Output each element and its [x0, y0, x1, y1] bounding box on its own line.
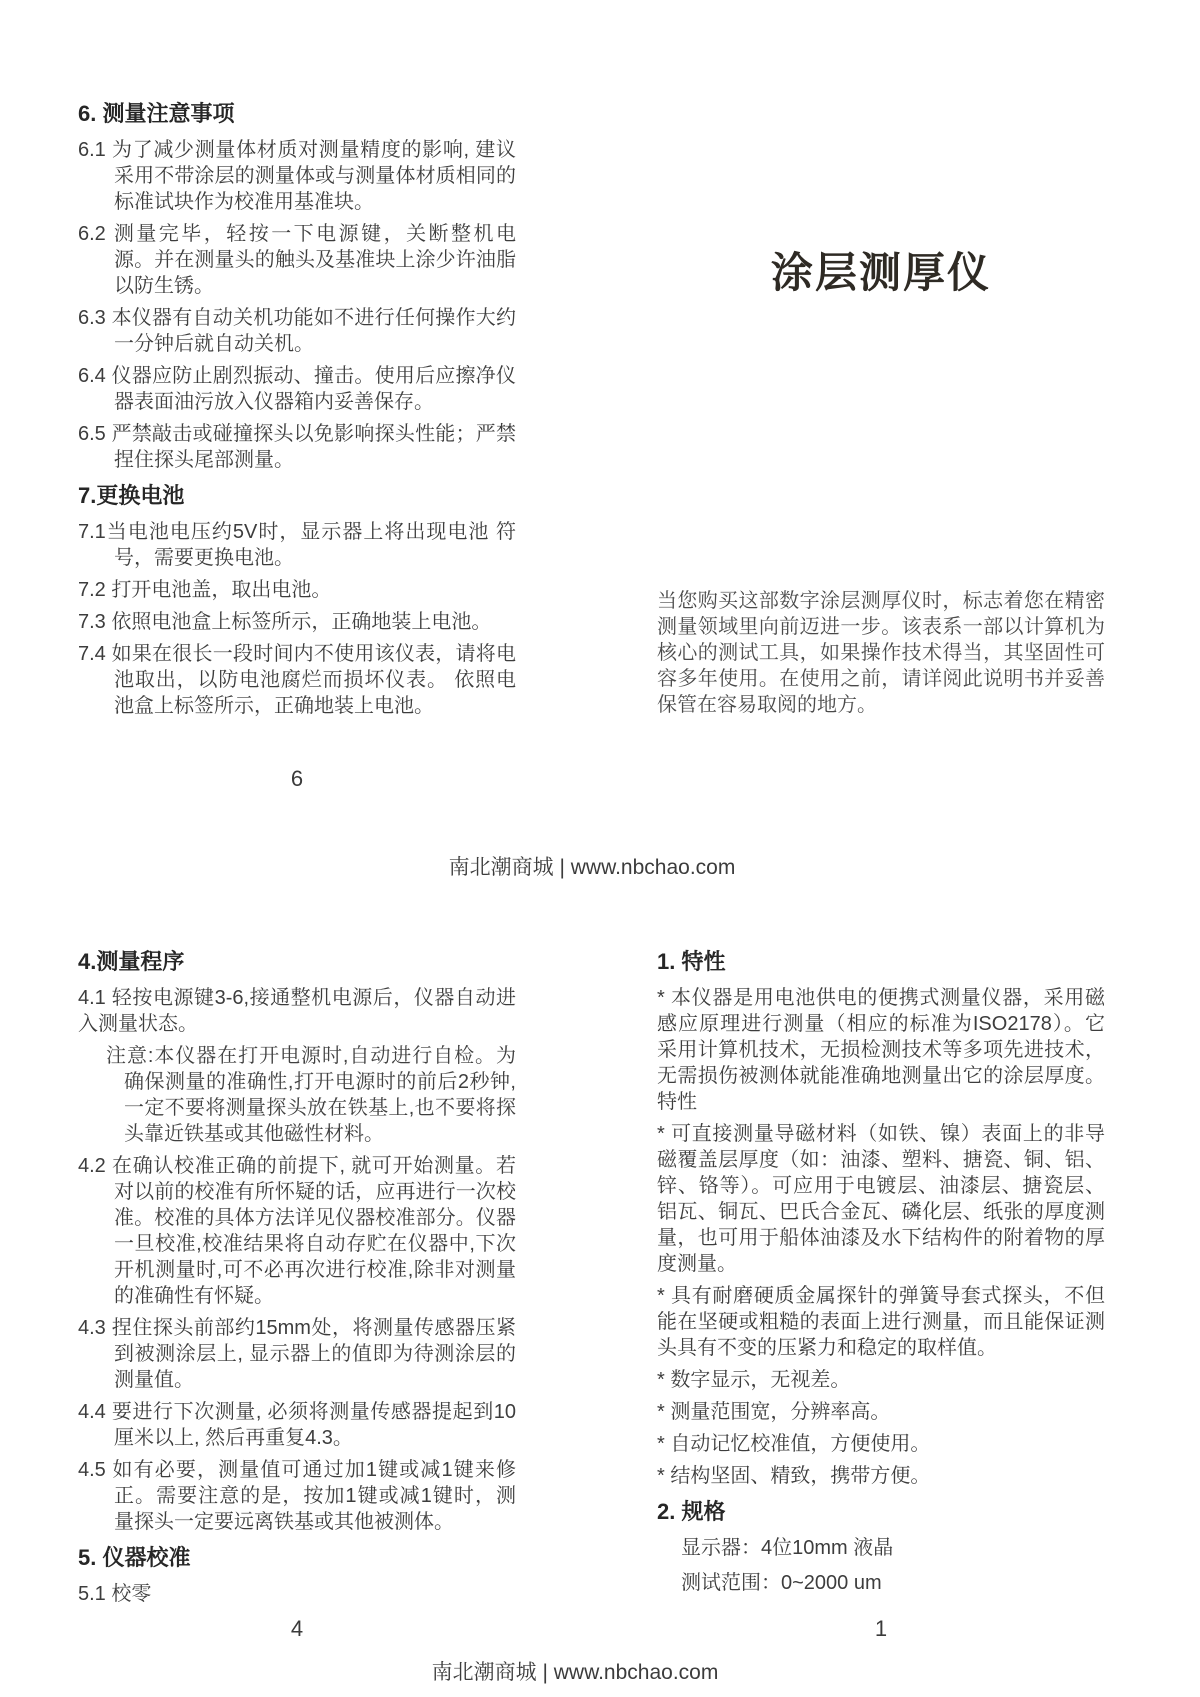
item-7-4: 7.4 如果在很长一段时间内不使用该仪表，请将电池取出，以防电池腐烂而损坏仪表。…	[78, 641, 516, 719]
item-6-1: 6.1 为了减少测量体材质对测量精度的影响, 建议采用不带涂层的测量体或与测量体…	[78, 137, 516, 215]
manual-page-6: 6. 测量注意事项 6.1 为了减少测量体材质对测量精度的影响, 建议采用不带涂…	[78, 97, 516, 725]
feature-item-1: * 本仪器是用电池供电的便携式测量仪器，采用磁感应原理进行测量（相应的标准为IS…	[657, 985, 1105, 1115]
item-4-1-note: 注意:本仪器在打开电源时,自动进行自检。为确保测量的准确性,打开电源时的前后2秒…	[106, 1043, 516, 1147]
page-number-1: 1	[657, 1616, 1105, 1642]
feature-item-4: * 数字显示，无视差。	[657, 1367, 1105, 1393]
item-5-1: 5.1 校零	[78, 1581, 516, 1607]
item-7-3: 7.3 依照电池盒上标签所示，正确地装上电池。	[78, 609, 516, 635]
item-6-3: 6.3 本仪器有自动关机功能如不进行任何操作大约一分钟后就自动关机。	[78, 305, 516, 357]
page-number-6: 6	[78, 766, 516, 792]
watermark-bottom: 南北潮商城 | www.nbchao.com	[0, 1656, 1150, 1686]
manual-page-1: 1. 特性 * 本仪器是用电池供电的便携式测量仪器，采用磁感应原理进行测量（相应…	[657, 945, 1105, 1605]
item-6-2: 6.2 测量完毕，轻按一下电源键，关断整机电 源。并在测量头的触头及基准块上涂少…	[78, 221, 516, 299]
section-7-heading: 7.更换电池	[78, 479, 516, 510]
section-5-heading: 5. 仪器校准	[78, 1541, 516, 1572]
cover-title: 涂层测厚仪	[657, 240, 1105, 300]
item-6-4: 6.4 仪器应防止剧烈振动、撞击。使用后应擦净仪器表面油污放入仪器箱内妥善保存。	[78, 363, 516, 415]
section-2-heading: 2. 规格	[657, 1495, 1105, 1526]
feature-item-5: * 测量范围宽，分辨率高。	[657, 1399, 1105, 1425]
cover-intro-paragraph: 当您购买这部数字涂层测厚仪时，标志着您在精密测量领域里向前迈进一步。该表系一部以…	[657, 588, 1105, 718]
feature-item-3: * 具有耐磨硬质金属探针的弹簧导套式探头，不但能在坚硬或粗糙的表面上进行测量，而…	[657, 1283, 1105, 1361]
spec-display: 显示器：4位10mm 液晶	[681, 1535, 1105, 1561]
section-4-heading: 4.测量程序	[78, 945, 516, 976]
page-number-4: 4	[78, 1616, 516, 1642]
watermark-middle: 南北潮商城 | www.nbchao.com	[0, 851, 1184, 881]
item-6-5: 6.5 严禁敲击或碰撞探头以免影响探头性能；严禁捏住探头尾部测量。	[78, 421, 516, 473]
item-4-1: 4.1 轻按电源键3-6,接通整机电源后，仪器自动进入测量状态。	[78, 985, 516, 1037]
feature-item-7: * 结构坚固、精致，携带方便。	[657, 1463, 1105, 1489]
manual-page-4: 4.测量程序 4.1 轻按电源键3-6,接通整机电源后，仪器自动进入测量状态。 …	[78, 945, 516, 1613]
item-4-2: 4.2 在确认校准正确的前提下, 就可开始测量。若对以前的校准有所怀疑的话，应再…	[78, 1153, 516, 1309]
feature-item-2: * 可直接测量导磁材料（如铁、镍）表面上的非导磁覆盖层厚度（如：油漆、塑料、搪瓷…	[657, 1121, 1105, 1277]
section-6-heading: 6. 测量注意事项	[78, 97, 516, 128]
item-4-5: 4.5 如有必要，测量值可通过加1键或减1键来修正。需要注意的是，按加1键或减1…	[78, 1457, 516, 1535]
feature-item-6: * 自动记忆校准值，方便使用。	[657, 1431, 1105, 1457]
manual-scan-sheet: 6. 测量注意事项 6.1 为了减少测量体材质对测量精度的影响, 建议采用不带涂…	[0, 0, 1200, 1697]
spec-range: 测试范围：0~2000 um	[681, 1570, 1105, 1596]
item-4-4: 4.4 要进行下次测量, 必须将测量传感器提起到10厘米以上, 然后再重复4.3…	[78, 1399, 516, 1451]
item-7-1: 7.1当电池电压约5V时，显示器上将出现电池 符号，需要更换电池。	[78, 519, 516, 571]
section-1-heading: 1. 特性	[657, 945, 1105, 976]
item-4-3: 4.3 捏住探头前部约15mm处，将测量传感器压紧到被测涂层上, 显示器上的值即…	[78, 1315, 516, 1393]
item-7-2: 7.2 打开电池盖，取出电池。	[78, 577, 516, 603]
